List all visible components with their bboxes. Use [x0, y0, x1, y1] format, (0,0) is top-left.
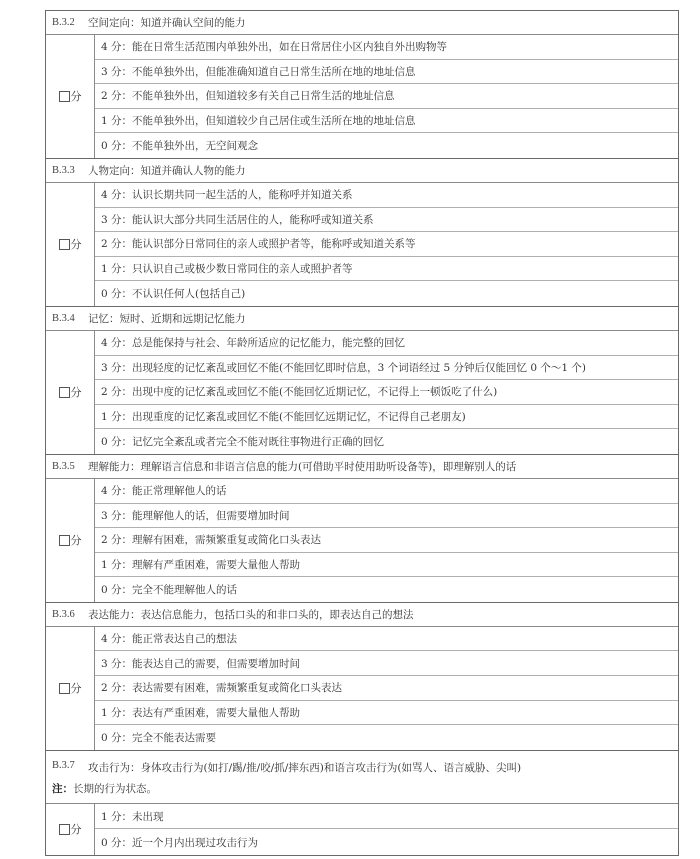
- note-text: 长期的行为状态。: [73, 783, 157, 795]
- option-row: 2 分：出现中度的记忆紊乱或回忆不能(不能回忆近期记忆，不记得上一顿饭吃了什么): [95, 380, 678, 405]
- option-row: 1 分：不能单独外出，但知道较少自己居住或生活所在地的地址信息: [95, 109, 678, 134]
- option-row: 4 分：总是能保持与社会、年龄所适应的记忆能力，能完整的回忆: [95, 331, 678, 356]
- option-row: 4 分：能在日常生活范围内单独外出，如在日常居住小区内独自外出购物等: [95, 35, 678, 60]
- option-row: 4 分：能正常理解他人的话: [95, 479, 678, 504]
- score-checkbox-icon[interactable]: [59, 387, 70, 398]
- score-field[interactable]: 分: [46, 331, 95, 454]
- section-body-b35: 分 4 分：能正常理解他人的话 3 分：能理解他人的话，但需要增加时间 2 分：…: [46, 479, 678, 603]
- note-label: 注：: [52, 783, 73, 795]
- section-header-b36: B.3.6 表达能力：表达信息能力，包括口头的和非口头的，即表达自己的想法: [46, 603, 678, 627]
- score-checkbox-icon[interactable]: [59, 535, 70, 546]
- option-row: 0 分：不能单独外出，无空间观念: [95, 133, 678, 158]
- option-row: 0 分：完全不能表达需要: [95, 725, 678, 750]
- section-body-b32: 分 4 分：能在日常生活范围内单独外出，如在日常居住小区内独自外出购物等 3 分…: [46, 35, 678, 159]
- section-code: B.3.3: [52, 165, 88, 176]
- score-label: 分: [71, 680, 82, 696]
- option-row: 1 分：只认识自己或极少数日常同住的亲人或照护者等: [95, 257, 678, 282]
- score-label: 分: [71, 88, 82, 104]
- score-field[interactable]: 分: [46, 804, 95, 855]
- score-field[interactable]: 分: [46, 35, 95, 158]
- option-row: 3 分：不能单独外出，但能准确知道自己日常生活所在地的地址信息: [95, 60, 678, 85]
- option-row: 0 分：记忆完全紊乱或者完全不能对既往事物进行正确的回忆: [95, 429, 678, 454]
- section-header-b35: B.3.5 理解能力：理解语言信息和非语言信息的能力(可借助平时使用助听设备等)…: [46, 455, 678, 479]
- option-row: 4 分：能正常表达自己的想法: [95, 627, 678, 652]
- score-field[interactable]: 分: [46, 479, 95, 602]
- option-row: 3 分：能理解他人的话，但需要增加时间: [95, 504, 678, 529]
- option-row: 3 分：出现轻度的记忆紊乱或回忆不能(不能回忆即时信息，3 个词语经过 5 分钟…: [95, 356, 678, 381]
- option-row: 2 分：不能单独外出，但知道较多有关自己日常生活的地址信息: [95, 84, 678, 109]
- section-title: 记忆：短时、近期和远期记忆能力: [88, 311, 246, 326]
- section-body-b34: 分 4 分：总是能保持与社会、年龄所适应的记忆能力，能完整的回忆 3 分：出现轻…: [46, 331, 678, 455]
- option-row: 0 分：完全不能理解他人的话: [95, 577, 678, 602]
- option-row: 3 分：能认识大部分共同生活居住的人，能称呼或知道关系: [95, 208, 678, 233]
- option-row: 2 分：理解有困难，需频繁重复或简化口头表达: [95, 528, 678, 553]
- option-row: 3 分：能表达自己的需要，但需要增加时间: [95, 651, 678, 676]
- section-note: 注：长期的行为状态。: [52, 781, 157, 796]
- option-row: 2 分：表达需要有困难，需频繁重复或简化口头表达: [95, 676, 678, 701]
- option-row: 1 分：表达有严重困难，需要大量他人帮助: [95, 701, 678, 726]
- section-header-b32: B.3.2 空间定向：知道并确认空间的能力: [46, 11, 678, 35]
- section-title: 人物定向：知道并确认人物的能力: [88, 163, 246, 178]
- score-field[interactable]: 分: [46, 183, 95, 306]
- score-label: 分: [71, 532, 82, 548]
- option-row: 2 分：能认识部分日常同住的亲人或照护者等，能称呼或知道关系等: [95, 232, 678, 257]
- score-label: 分: [71, 821, 82, 837]
- section-title: 攻击行为：身体攻击行为(如打/踢/推/咬/抓/摔东西)和语言攻击行为(如骂人、语…: [88, 760, 521, 775]
- section-code: B.3.4: [52, 313, 88, 324]
- option-row: 4 分：认识长期共同一起生活的人，能称呼并知道关系: [95, 183, 678, 208]
- section-body-b36: 分 4 分：能正常表达自己的想法 3 分：能表达自己的需要，但需要增加时间 2 …: [46, 627, 678, 751]
- score-field[interactable]: 分: [46, 627, 95, 750]
- score-checkbox-icon[interactable]: [59, 683, 70, 694]
- section-code: B.3.6: [52, 609, 88, 620]
- score-checkbox-icon[interactable]: [59, 239, 70, 250]
- score-label: 分: [71, 384, 82, 400]
- section-title: 表达能力：表达信息能力，包括口头的和非口头的，即表达自己的想法: [88, 607, 414, 622]
- section-body-b33: 分 4 分：认识长期共同一起生活的人，能称呼并知道关系 3 分：能认识大部分共同…: [46, 183, 678, 307]
- section-code: B.3.2: [52, 17, 88, 28]
- section-header-b33: B.3.3 人物定向：知道并确认人物的能力: [46, 159, 678, 183]
- option-row: 1 分：未出现: [95, 804, 678, 830]
- section-header-b37: B.3.7 攻击行为：身体攻击行为(如打/踢/推/咬/抓/摔东西)和语言攻击行为…: [46, 751, 678, 804]
- option-row: 1 分：理解有严重困难，需要大量他人帮助: [95, 553, 678, 578]
- section-title: 空间定向：知道并确认空间的能力: [88, 15, 246, 30]
- section-body-b37: 分 1 分：未出现 0 分：近一个月内出现过攻击行为: [46, 804, 678, 855]
- option-row: 1 分：出现重度的记忆紊乱或回忆不能(不能回忆远期记忆，不记得自己老朋友): [95, 405, 678, 430]
- score-checkbox-icon[interactable]: [59, 91, 70, 102]
- section-header-b34: B.3.4 记忆：短时、近期和远期记忆能力: [46, 307, 678, 331]
- score-label: 分: [71, 236, 82, 252]
- assessment-table: B.3.2 空间定向：知道并确认空间的能力 分 4 分：能在日常生活范围内单独外…: [45, 10, 679, 856]
- option-row: 0 分：近一个月内出现过攻击行为: [95, 829, 678, 855]
- score-checkbox-icon[interactable]: [59, 824, 70, 835]
- section-title: 理解能力：理解语言信息和非语言信息的能力(可借助平时使用助听设备等)，即理解别人…: [88, 459, 516, 474]
- section-code: B.3.5: [52, 461, 88, 472]
- option-row: 0 分：不认识任何人(包括自己): [95, 281, 678, 306]
- section-code: B.3.7: [52, 760, 88, 775]
